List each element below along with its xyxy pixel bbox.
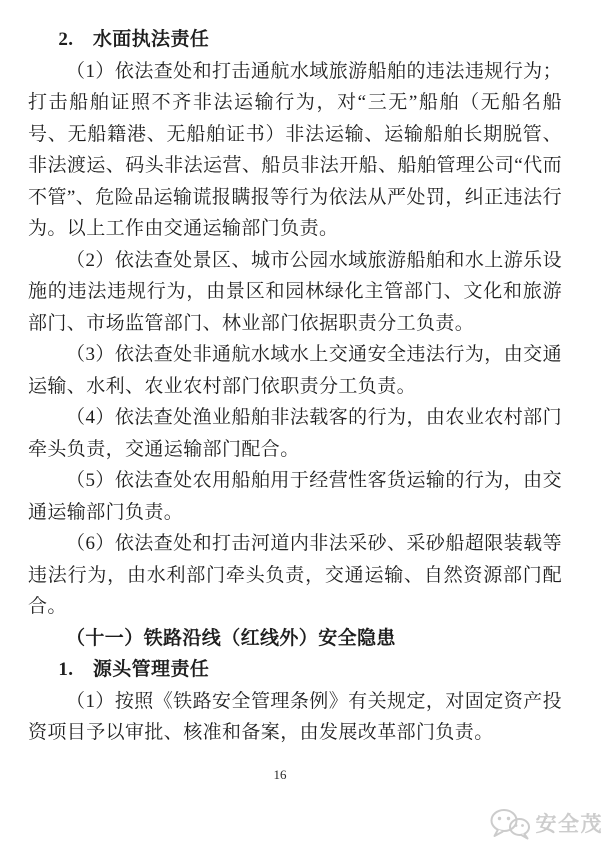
section-heading: （十一）铁路沿线（红线外）安全隐患	[28, 623, 562, 655]
document-content: 2. 水面执法责任 （1）依法查处和打击通航水域旅游船舶的违法违规行为；打击船舶…	[28, 24, 562, 749]
body-paragraph: （6）依法查处和打击河道内非法采砂、采砂船超限装载等违法行为，由水利部门牵头负责…	[28, 528, 562, 623]
body-paragraph: （4）依法查处渔业船舶非法载客的行为，由农业农村部门牵头负责，交通运输部门配合。	[28, 402, 562, 465]
wechat-icon	[489, 807, 531, 841]
body-paragraph: （3）依法查处非通航水域水上交通安全违法行为，由交通运输、水利、农业农村部门依职…	[28, 339, 562, 402]
body-paragraph: （1）依法查处和打击通航水域旅游船舶的违法违规行为；打击船舶证照不齐非法运输行为…	[28, 56, 562, 245]
document-page: 2. 水面执法责任 （1）依法查处和打击通航水域旅游船舶的违法违规行为；打击船舶…	[0, 0, 615, 850]
section-heading: 1. 源头管理责任	[28, 654, 562, 686]
brand-name: 安全茂	[536, 814, 604, 835]
body-paragraph: （2）依法查处景区、城市公园水域旅游船舶和水上游乐设施的违法违规行为，由景区和园…	[28, 245, 562, 340]
brand-watermark: 安全茂	[489, 807, 604, 841]
body-paragraph: （1）按照《铁路安全管理条例》有关规定，对固定资产投资项目予以审批、核准和备案，…	[28, 686, 562, 749]
section-heading: 2. 水面执法责任	[28, 24, 562, 56]
page-number: 16	[0, 767, 560, 783]
body-paragraph: （5）依法查处农用船舶用于经营性客货运输的行为，由交通运输部门负责。	[28, 465, 562, 528]
